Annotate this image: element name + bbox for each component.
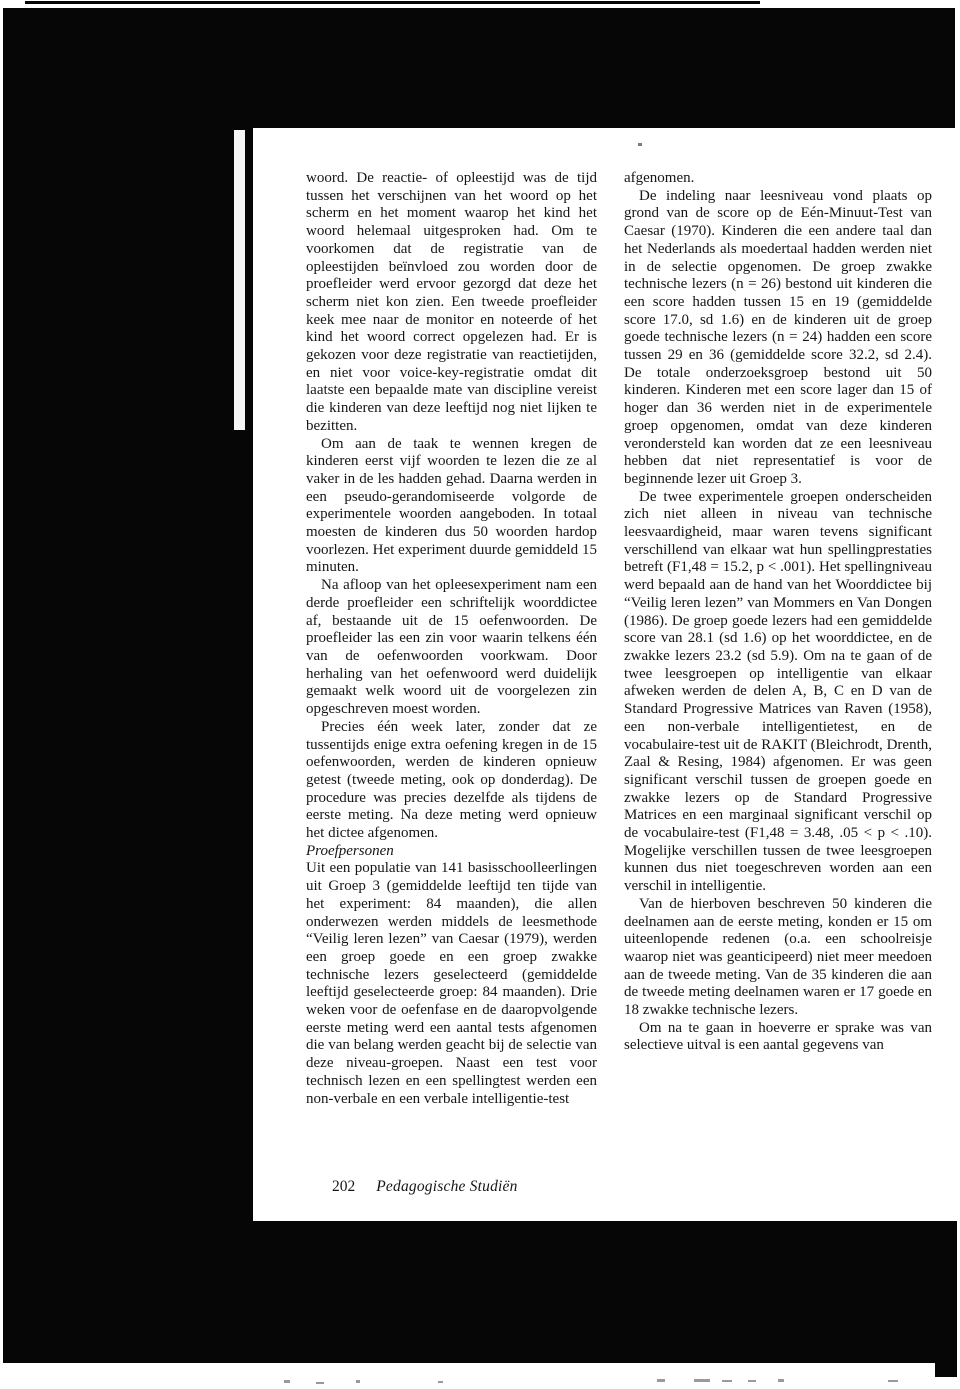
paragraph: De twee experimentele groepen onderschei… [624, 489, 932, 896]
page-footer: 202 Pedagogische Studiën [332, 1178, 518, 1196]
journal-title: Pedagogische Studiën [376, 1178, 517, 1196]
scan-artifact [888, 1380, 898, 1382]
scan-border-bottom [3, 1221, 952, 1363]
scan-artifact [356, 1380, 360, 1383]
scan-artifact [438, 1381, 443, 1383]
paragraph: Om na te gaan in hoeverre er sprake was … [624, 1020, 932, 1055]
paragraph: woord. De reactie- of opleestijd was de … [306, 170, 597, 436]
paragraph: Om aan de taak te wennen kregen de kinde… [306, 436, 597, 578]
paragraph: Uit een populatie van 141 basisschoollee… [306, 860, 597, 1108]
scan-artifact [748, 1380, 756, 1382]
scan-gutter-highlight [234, 130, 245, 430]
scan-top-edge-line [25, 1, 760, 4]
scan-speck [638, 143, 642, 146]
page-number: 202 [332, 1178, 355, 1196]
scan-artifact [778, 1379, 784, 1382]
right-column: afgenomen. De indeling naar leesniveau v… [624, 170, 932, 1055]
left-column: woord. De reactie- of opleestijd was de … [306, 170, 597, 1108]
paragraph: De indeling naar leesniveau vond plaats … [624, 188, 932, 489]
scan-artifact [284, 1380, 290, 1383]
scan-artifact [722, 1380, 732, 1382]
paragraph: Precies één week later, zonder dat ze tu… [306, 719, 597, 843]
paragraph: Van de hierboven beschreven 50 kinderen … [624, 896, 932, 1020]
paragraph: afgenomen. [624, 170, 932, 188]
paragraph: Na afloop van het opleesexperiment nam e… [306, 577, 597, 719]
scan-artifact [694, 1379, 710, 1382]
scan-border-left [3, 8, 253, 1363]
scan-border-corner-blob [935, 1221, 957, 1377]
scan-artifact [657, 1379, 665, 1382]
section-heading-proefpersonen: Proefpersonen [306, 843, 597, 861]
scan-artifact [316, 1382, 324, 1384]
